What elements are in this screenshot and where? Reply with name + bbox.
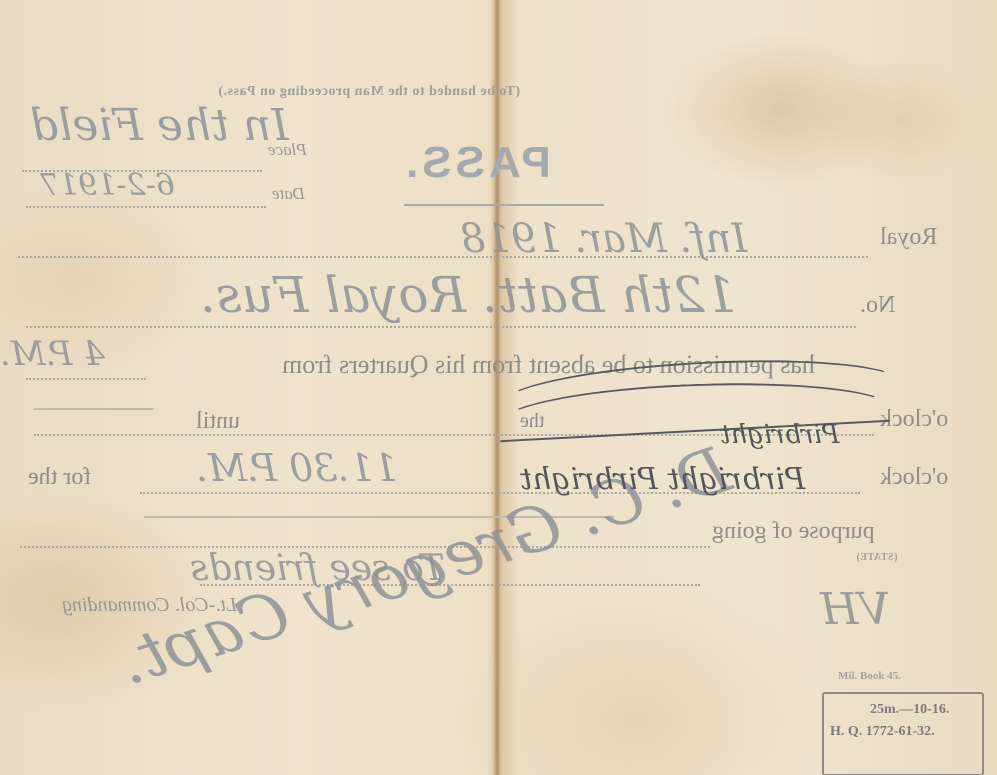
stamp-line-1: 25m.—10-16. xyxy=(870,702,949,718)
until-label-text: until xyxy=(196,408,240,435)
place-value-text: In the Field xyxy=(30,100,289,151)
date-label: Date xyxy=(272,184,305,204)
purpose-label-text: purpose of going xyxy=(712,518,875,545)
title-text: PASS. xyxy=(402,138,551,188)
initials-text: VH xyxy=(820,584,890,635)
title-underline xyxy=(404,204,604,206)
stamp-form-no-text: Mil. Book 45. xyxy=(838,670,901,682)
no-value: 12th Batt. Royal Fus. xyxy=(200,266,736,324)
fold-crease xyxy=(494,0,500,775)
initials: VH xyxy=(820,584,890,635)
no-label-text: No. xyxy=(860,292,895,319)
pencil-scrawl-2: Pirbright Pirbright xyxy=(520,462,805,497)
date-field-line xyxy=(26,206,266,208)
royal-label: Royal xyxy=(880,224,937,251)
pass-document: (To be handed to the Man proceeding on P… xyxy=(0,0,997,775)
until-time-text: 11.30 P.M. xyxy=(196,446,398,490)
no-label: No. xyxy=(860,292,895,319)
stamp-form-no: Mil. Book 45. xyxy=(838,670,901,682)
stamp-line-2: H. Q. 1772-61-32. xyxy=(830,724,935,740)
oclock-label-2: o'clock xyxy=(880,464,948,491)
royal-value: Inf. Mar. 1918 xyxy=(460,216,747,262)
header-note: (To be handed to the Man proceeding on P… xyxy=(218,84,520,100)
royal-label-text: Royal xyxy=(880,224,937,251)
no-value-text: 12th Batt. Royal Fus. xyxy=(200,266,736,324)
stamp-line-2-text: H. Q. 1772-61-32. xyxy=(830,724,935,739)
header-note-text: (To be handed to the Man proceeding on P… xyxy=(218,84,520,100)
stamp-line-1-text: 25m.—10-16. xyxy=(870,702,949,717)
royal-value-text: Inf. Mar. 1918 xyxy=(460,216,747,262)
purpose-label: purpose of going xyxy=(712,518,875,545)
from-time: 4 P.M. xyxy=(0,334,105,374)
for-the-text: for the xyxy=(28,464,91,491)
date-label-text: Date xyxy=(272,184,305,204)
until-time: 11.30 P.M. xyxy=(196,446,398,490)
from-time-text: 4 P.M. xyxy=(0,334,105,374)
faint-rule xyxy=(34,408,154,410)
page-title: PASS. xyxy=(402,138,551,188)
oclock-2-text: o'clock xyxy=(880,464,948,491)
until-label: until xyxy=(196,408,240,435)
date-value: 6-2-1917 xyxy=(40,168,175,203)
pencil-scrawl-1: Pirbright xyxy=(720,420,839,450)
date-value-text: 6-2-1917 xyxy=(40,168,175,203)
no-field-line xyxy=(26,326,856,328)
for-the-label: for the xyxy=(28,464,91,491)
place-value: In the Field xyxy=(30,100,289,151)
pencil-scrawl-1-text: Pirbright xyxy=(720,420,839,450)
pencil-scrawl-2-text: Pirbright Pirbright xyxy=(520,462,805,497)
state-label-text: (STATE) xyxy=(856,552,897,563)
from-field-line xyxy=(26,378,146,380)
state-label: (STATE) xyxy=(856,552,897,563)
